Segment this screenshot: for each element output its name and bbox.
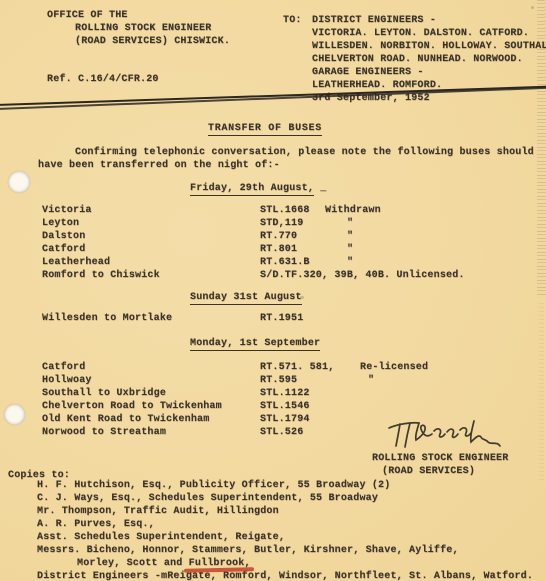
sender-address-block: OFFICE OF THE ROLLING STOCK ENGINEER (RO… (47, 9, 230, 48)
friday-transfer-table: VictoriaSTL.1668Withdrawn LeytonSTD,119"… (42, 204, 465, 282)
section-heading-monday: Monday, 1st September (190, 337, 320, 350)
bus-number-cell: RT.801 (260, 243, 325, 256)
copy-recipient-line: C. J. Ways, Esq., Schedules Superintende… (37, 492, 533, 505)
morley-line-prefix: Morley, Scott and (77, 558, 189, 569)
bus-number-cell: RT.595 (260, 374, 360, 387)
bus-number-cell: STD,119 (260, 217, 325, 230)
ditto-mark: " (325, 217, 353, 230)
sender-line: (ROAD SERVICES) CHISWICK. (75, 35, 230, 48)
garage-cell: Old Kent Road to Twickenham (42, 413, 260, 426)
table-row: DalstonRT.770" (42, 230, 465, 243)
section-heading-text: Monday, 1st September (190, 338, 320, 351)
copy-recipient-line-morley: Morley, Scott and Fullbrook, (77, 557, 533, 570)
recipient-line: GARAGE ENGINEERS - (312, 66, 546, 79)
bus-number-cell: RT.770 (260, 230, 325, 243)
to-label: TO: (283, 14, 302, 27)
bus-number-cell: RT.571. 581, (260, 361, 360, 374)
table-row: Willesden to MortlakeRT.1951 (42, 312, 325, 325)
table-row: CatfordRT.571. 581,Re-licensed (42, 361, 428, 374)
copy-recipient-line: H. F. Hutchison, Esq., Publicity Officer… (37, 479, 533, 492)
heading-suffix: _ (320, 183, 326, 194)
garage-cell: Leatherhead (42, 256, 260, 269)
bus-number-cell: STL.526 (260, 426, 360, 439)
garage-cell: Romford to Chiswick (42, 269, 260, 282)
garage-cell: Victoria (42, 204, 260, 217)
table-row: Romford to ChiswickS/D.TF.320, 39B, 40B.… (42, 269, 465, 282)
document-title: TRANSFER OF BUSES (208, 122, 322, 135)
signatory-department: (ROAD SERVICES) (382, 465, 508, 478)
monday-transfer-table: CatfordRT.571. 581,Re-licensed HollwoayR… (42, 361, 428, 439)
garage-cell: Dalston (42, 230, 260, 243)
intro-line-1: Confirming telephonic conversation, plea… (75, 146, 534, 159)
table-row: CatfordRT.801" (42, 243, 465, 256)
table-row: Chelverton Road to TwickenhamSTL.1546 (42, 400, 428, 413)
bus-number-cell: STL.1546 (260, 400, 360, 413)
garage-cell: Southall to Uxbridge (42, 387, 260, 400)
section-heading-text: Sunday 31st August (190, 292, 302, 305)
section-heading-sunday: Sunday 31st August (190, 291, 302, 304)
signature-handwriting (386, 418, 504, 452)
scanned-letter-page: OFFICE OF THE ROLLING STOCK ENGINEER (RO… (0, 0, 546, 581)
table-row: Norwood to StreathamSTL.526 (42, 426, 428, 439)
bus-number-cell: STL.1122 (260, 387, 360, 400)
sender-line: ROLLING STOCK ENGINEER (75, 22, 230, 35)
bus-number-cell: RT.1951 (260, 312, 325, 325)
sender-line: OFFICE OF THE (47, 9, 230, 22)
sunday-transfer-table: Willesden to MortlakeRT.1951 (42, 312, 325, 325)
garage-cell: Catford (42, 361, 260, 374)
copies-list: H. F. Hutchison, Esq., Publicity Officer… (37, 479, 533, 581)
signature-block: ROLLING STOCK ENGINEER (ROAD SERVICES) (372, 418, 508, 478)
fullbrook-red-underlined: Fullbrook (189, 558, 245, 569)
scan-noise-right-edge-lower (539, 300, 544, 480)
garage-cell: Catford (42, 243, 260, 256)
copy-recipient-line: Messrs. Bicheno, Honnor, Stammers, Butle… (37, 544, 533, 557)
ditto-mark: " (325, 256, 353, 269)
copy-recipient-line-district: District Engineers -mReigate, Romford, W… (37, 570, 533, 581)
recipient-line: DISTRICT ENGINEERS - (312, 14, 546, 27)
table-row: Southall to UxbridgeSTL.1122 (42, 387, 428, 400)
reference-number: Ref. C.16/4/CFR.20 (47, 73, 159, 86)
ditto-mark: " (325, 243, 353, 256)
bus-number-cell: S/D.TF.320, 39B, 40B. Unlicensed. (260, 269, 465, 282)
table-row: HollwoayRT.595" (42, 374, 428, 387)
document-title-text: TRANSFER OF BUSES (208, 123, 322, 136)
recipient-line: CHELVERTON ROAD. NUNHEAD. NORWOOD. (312, 53, 546, 66)
bus-number-cell: RT.631.B (260, 256, 325, 269)
table-row: LeatherheadRT.631.B" (42, 256, 465, 269)
status-cell: Withdrawn (325, 204, 381, 217)
bus-number-cell: STL.1794 (260, 413, 360, 426)
hole-punch (4, 404, 25, 425)
garage-cell: Leyton (42, 217, 260, 230)
copy-recipient-line: Asst. Schedules Superintendent, Reigate, (37, 531, 533, 544)
garage-cell: Hollwoay (42, 374, 260, 387)
garage-cell: Chelverton Road to Twickenham (42, 400, 260, 413)
table-row: LeytonSTD,119" (42, 217, 465, 230)
garage-cell: Willesden to Mortlake (42, 312, 260, 325)
bus-number-cell: STL.1668 (260, 204, 325, 217)
paper-speck (531, 6, 534, 9)
status-cell: Re-licensed (360, 361, 428, 374)
intro-line-2: have been transferred on the night of:- (38, 159, 280, 172)
table-row: VictoriaSTL.1668Withdrawn (42, 204, 465, 217)
signatory-title: ROLLING STOCK ENGINEER (372, 452, 508, 465)
ditto-mark: " (360, 374, 374, 387)
section-heading-friday: Friday, 29th August, _ (190, 182, 326, 195)
copy-recipient-line: A. R. Purves, Esq., (37, 518, 533, 531)
copy-recipient-line: Mr. Thompson, Traffic Audit, Hillingdon (37, 505, 533, 518)
recipient-line: VICTORIA. LEYTON. DALSTON. CATFORD. (312, 27, 546, 40)
section-heading-text: Friday, 29th August, (190, 183, 314, 196)
recipient-line: WILLESDEN. NORBITON. HOLLOWAY. SOUTHALL (312, 40, 546, 53)
garage-cell: Norwood to Streatham (42, 426, 260, 439)
ditto-mark: " (325, 230, 353, 243)
table-row: Old Kent Road to TwickenhamSTL.1794 (42, 413, 428, 426)
hole-punch (8, 171, 30, 193)
